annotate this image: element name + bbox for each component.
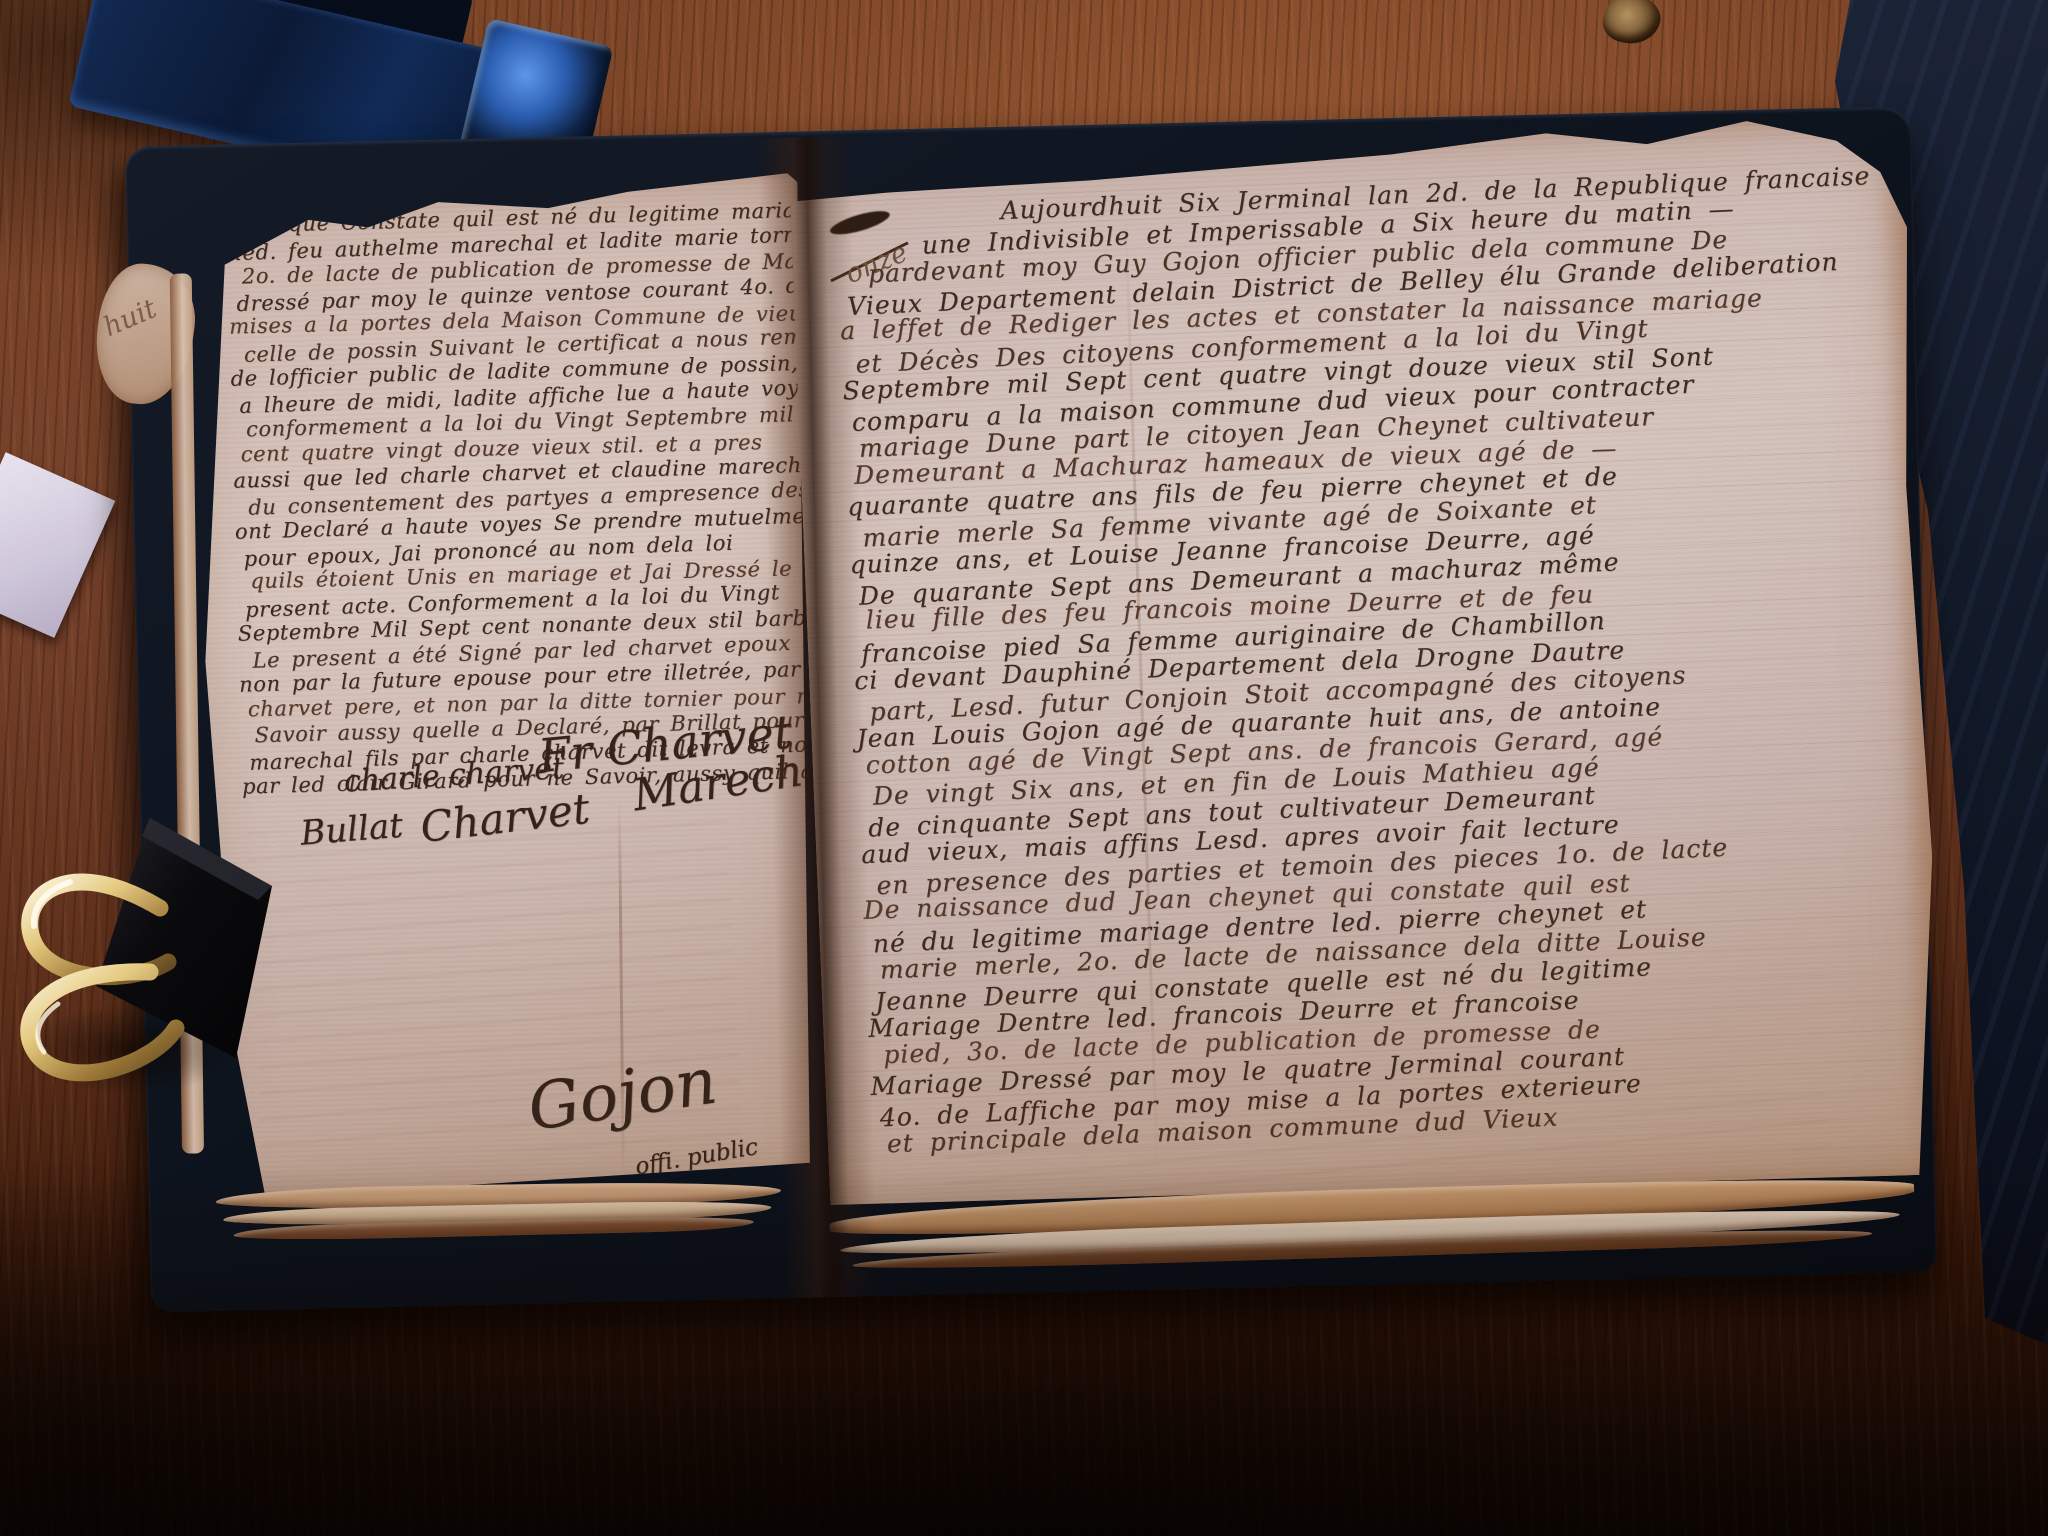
photo-scene: huit que Constate quil est né du legitim… [0,0,2048,1536]
signature: Bullat [299,806,404,854]
registry-book: huit que Constate quil est né du legitim… [67,84,1942,1336]
signature: Charvet [418,784,592,852]
right-page-text: Aujourdhuit Six Jerminal lan 2d. de la R… [788,115,1945,1219]
binder-clip [0,790,300,1120]
right-page: onze Aujourdhuit Six Jerminal lan 2d. de… [788,115,1945,1219]
